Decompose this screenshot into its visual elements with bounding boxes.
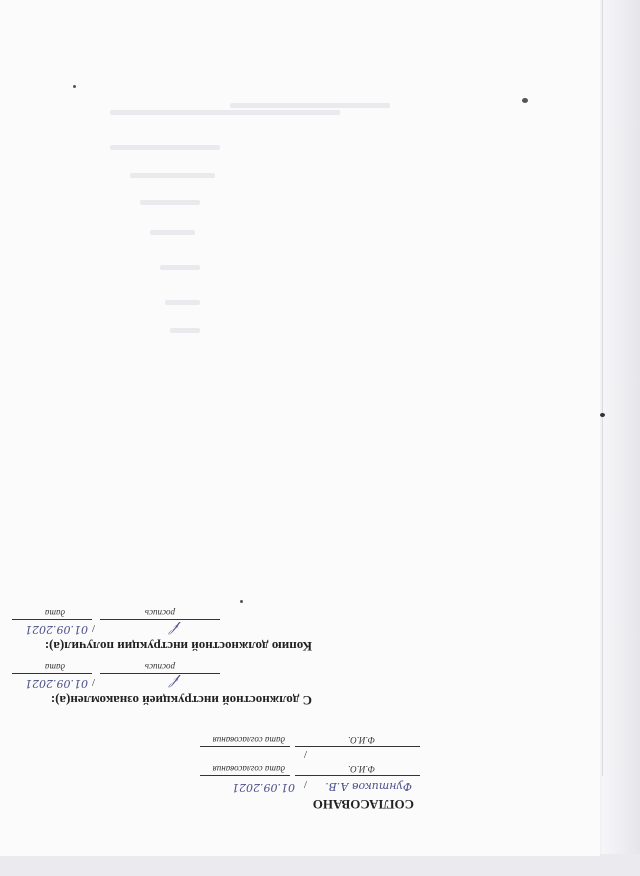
document-page: СОГЛАСОВАНО Фунтиков А.В. / 01.09.2021 Ф… (0, 0, 600, 856)
separator: / (304, 778, 307, 790)
approval-date-handwritten: 01.09.2021 (232, 781, 295, 794)
separator: / (92, 676, 95, 688)
signature-line (100, 619, 220, 620)
acknowledged-date-handwritten: 01.09.2021 (25, 677, 88, 690)
rotated-content: СОГЛАСОВАНО Фунтиков А.В. / 01.09.2021 Ф… (0, 0, 600, 856)
signature-caption: роспись (145, 608, 175, 618)
copy-received-heading: Копию должностной инструкции получил(а): (45, 638, 312, 654)
date-caption: дата согласования (213, 735, 285, 745)
scan-speck (600, 413, 605, 417)
date-caption: дата согласования (213, 764, 285, 774)
date-caption: дата (45, 662, 65, 672)
separator: / (304, 748, 307, 760)
approval-heading: СОГЛАСОВАНО (313, 796, 414, 812)
date-line (12, 619, 92, 620)
name-line (295, 746, 420, 747)
date-caption: дата (45, 608, 65, 618)
name-line (295, 775, 420, 776)
signature-line (100, 673, 220, 674)
scanner-edge (602, 0, 640, 876)
copy-received-date-handwritten: 01.09.2021 (25, 623, 88, 636)
date-line (12, 673, 92, 674)
acknowledged-heading: С должностной инструкцией ознакомлен(а): (51, 692, 312, 708)
name-caption: Ф.И.О. (348, 764, 375, 774)
date-line (200, 775, 290, 776)
approver-name-handwritten: Фунтиков А.В. (325, 780, 412, 793)
separator: / (92, 622, 95, 634)
date-line (200, 746, 290, 747)
scanner-bottom-edge (0, 854, 640, 876)
signature-caption: роспись (145, 662, 175, 672)
signature-handwritten: 𝒻 (174, 674, 180, 690)
signature-handwritten: 𝒻 (174, 621, 180, 637)
name-caption: Ф.И.О. (348, 735, 375, 745)
